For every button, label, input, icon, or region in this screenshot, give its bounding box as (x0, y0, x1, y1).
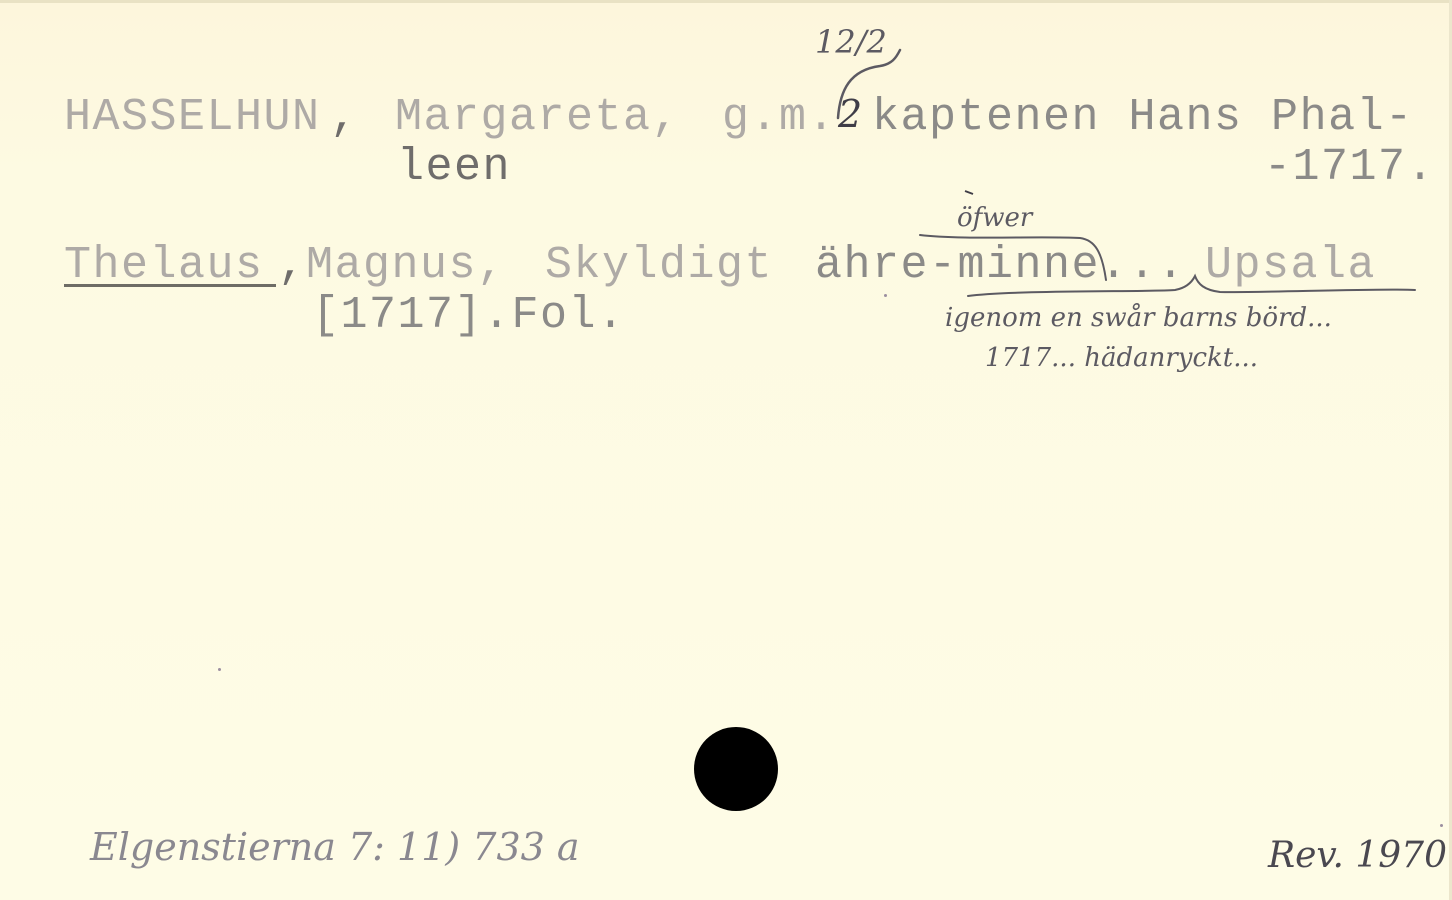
entry1-given-name: Margareta, (395, 95, 680, 140)
entry1-surname: HASSELHUN (64, 95, 321, 140)
paper-speck (884, 294, 887, 297)
entry2-title-part1: Skyldigt (545, 243, 773, 288)
entry2-author-comma: , (278, 243, 307, 288)
entry2-author-surname: Thelaus (64, 243, 264, 288)
entry2-author-given: Magnus, (306, 243, 506, 288)
entry1-married-abbrev: g.m. (722, 95, 836, 140)
entry1-superscript-note: 12/2 (815, 26, 887, 58)
entry1-comma: , (330, 95, 359, 140)
entry1-continuation: leen (397, 145, 511, 190)
entry2-note-line1: igenom en swår barns börd... (945, 305, 1332, 331)
entry2-imprint: [1717].Fol. (312, 293, 626, 338)
entry1-death-year: -1717. (1264, 145, 1435, 190)
entry1-inserted-numeral: 2 (838, 95, 862, 133)
punch-hole (694, 727, 778, 811)
entry2-title-part2: ähre-minne... (815, 243, 1186, 288)
revision-note: Rev. 1970 (1268, 838, 1447, 874)
entry2-place: Upsala (1205, 243, 1376, 288)
entry2-author-underline (64, 284, 276, 287)
footer-reference: Elgenstierna 7: 11) 733 a (90, 828, 580, 866)
paper-speck (218, 668, 221, 671)
entry2-note-line2: 1717... hädanryckt... (985, 345, 1258, 371)
card-top-edge (0, 0, 1452, 3)
entry1-spouse: kaptenen Hans Phal- (872, 95, 1414, 140)
paper-speck (1440, 824, 1443, 827)
catalog-card: HASSELHUN , Margareta, g.m. kaptenen Han… (0, 0, 1452, 900)
entry2-insert-above: öfwer (957, 205, 1032, 231)
